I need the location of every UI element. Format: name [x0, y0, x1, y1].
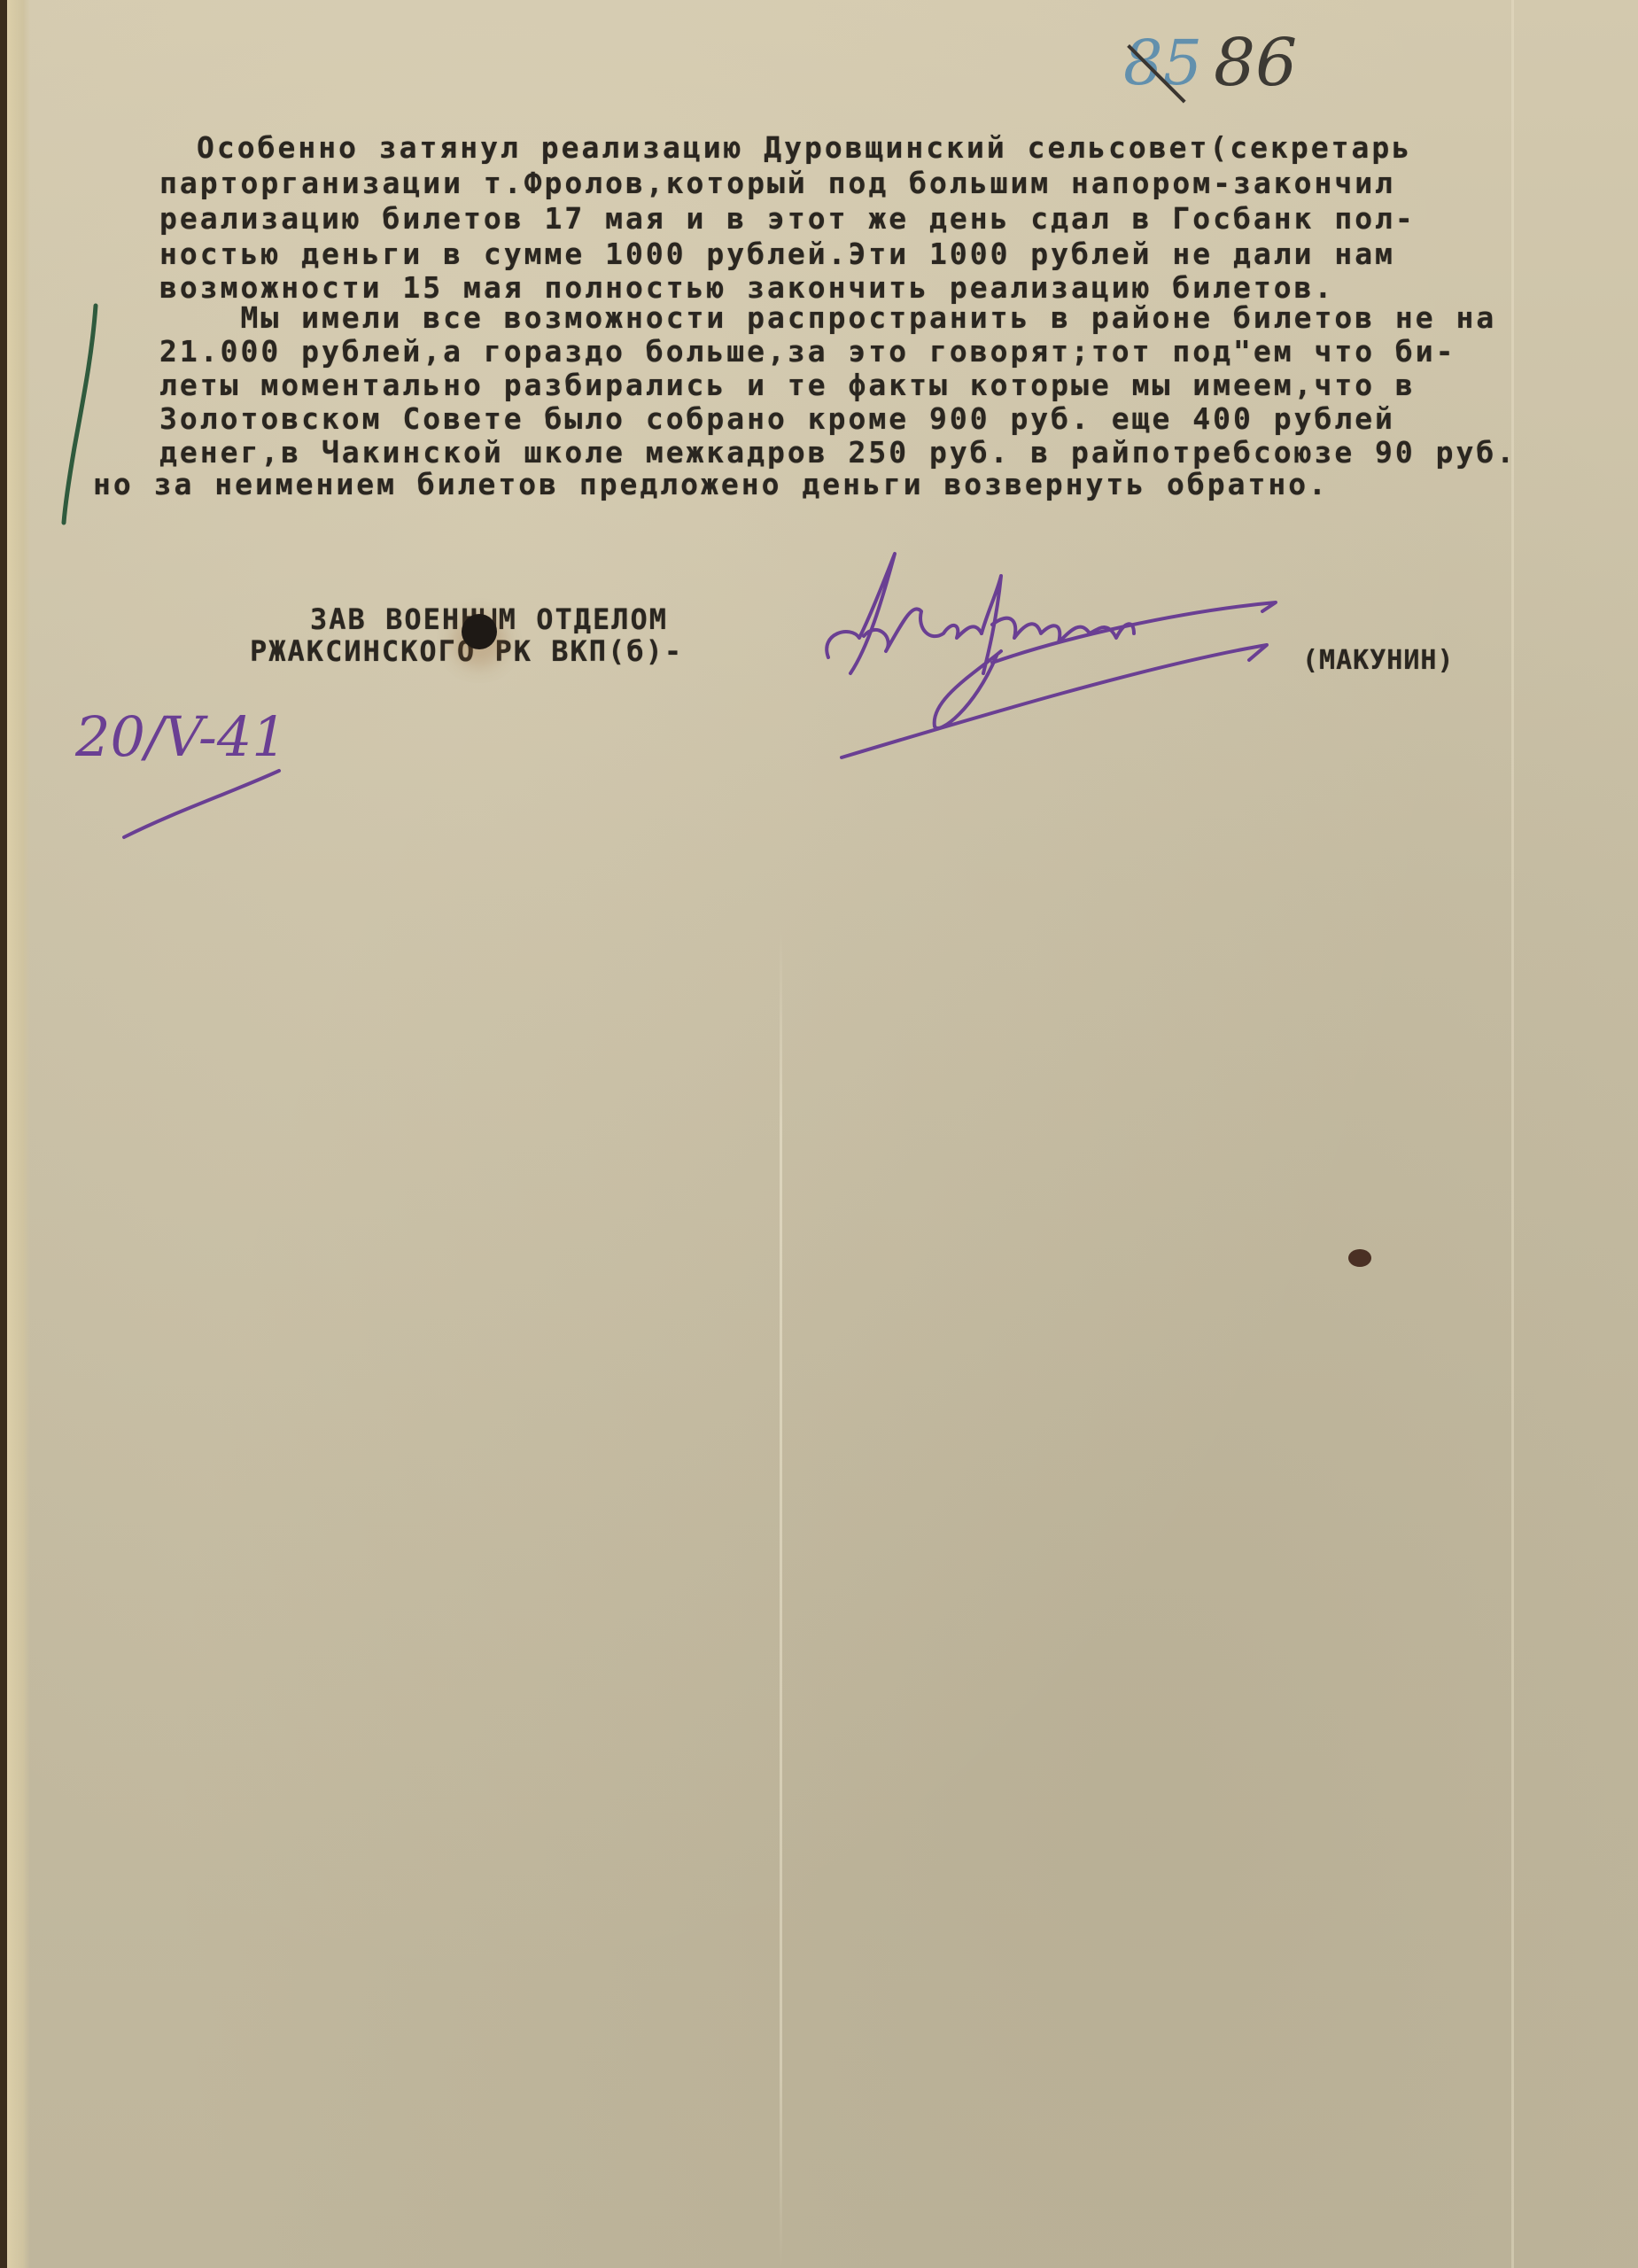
margin-pencil-line [64, 306, 96, 523]
handwriting-strokes [0, 0, 1638, 2268]
signature-scrawl [827, 554, 1276, 757]
date-underline [124, 771, 279, 837]
